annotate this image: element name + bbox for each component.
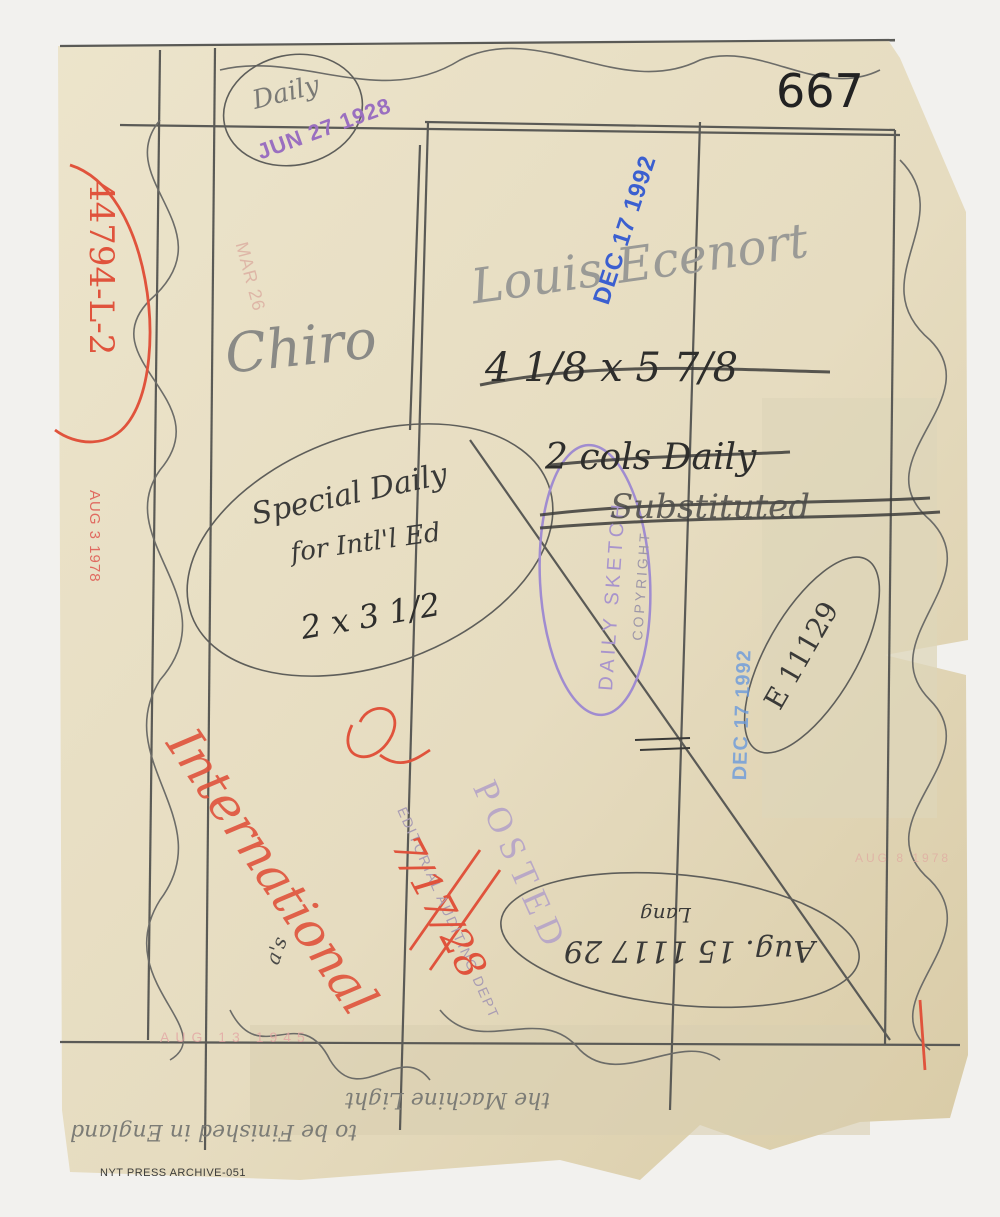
pencil-upside-note: Lang [640,905,691,925]
red-archive-number: 44794-L-2 [84,180,118,355]
pencil-chiro: Chiro [223,312,380,382]
pencil-upside-code: Aug. 15 1117 29 [565,935,815,965]
archive-caption: NYT PRESS ARCHIVE-051 [100,1168,246,1179]
pencil-as-daily: 2 cols Daily [545,440,756,476]
pencil-bottom-line2: to be Finished in England [70,1120,357,1142]
pencil-struck-word: Substituted [610,490,810,524]
stamp-dec-1992-right: DEC 17 1992 [730,649,755,781]
document-scan [0,0,1000,1217]
stamp-aug-1978: AUG 3 1978 [87,490,102,583]
pencil-size-struck: 4 1/8 x 5 7/8 [485,348,738,388]
stamp-right-faded: AUG 8 1978 [855,852,951,864]
item-number: 667 [776,68,864,114]
stamp-bottom-faded: AUG 13 1945 [160,1030,311,1044]
pencil-bottom-line1: the Machine Light [345,1088,550,1110]
